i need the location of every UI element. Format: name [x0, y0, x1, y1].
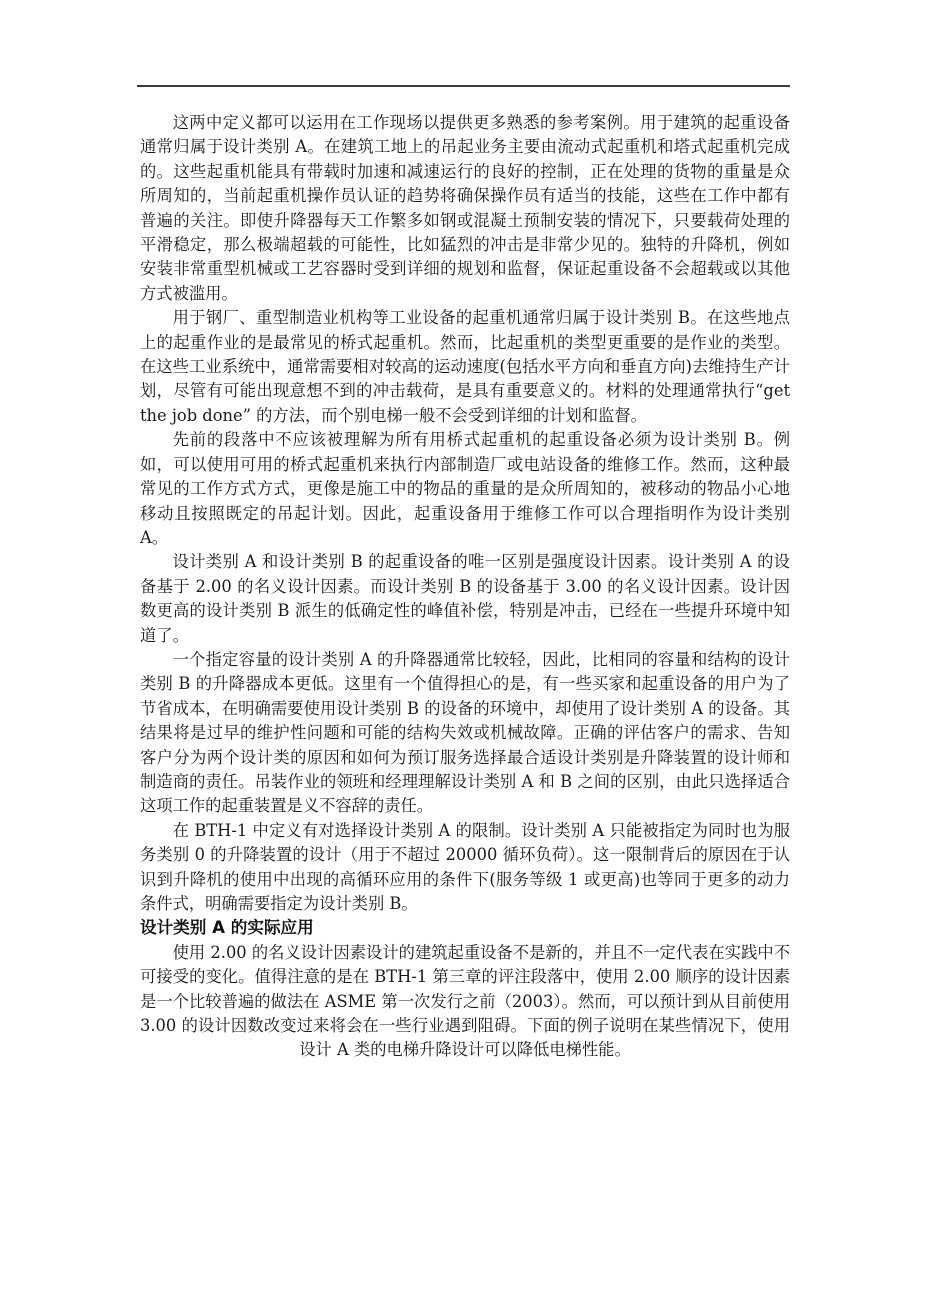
body-paragraph: 用于钢厂、重型制造业机构等工业设备的起重机通常归属于设计类别 B。在这些地点上的…	[140, 306, 790, 428]
body-paragraph: 在 BTH-1 中定义有对选择设计类别 A 的限制。设计类别 A 只能被指定为同…	[140, 819, 790, 917]
section-heading: 设计类别 A 的实际应用	[140, 916, 790, 940]
body-paragraph: 先前的段落中不应该被理解为所有用桥式起重机的起重设备必须为设计类别 B。例如，可…	[140, 428, 790, 550]
document-page: 这两中定义都可以运用在工作现场以提供更多熟悉的参考案例。用于建筑的起重设备通常归…	[0, 0, 926, 1309]
document-body: 这两中定义都可以运用在工作现场以提供更多熟悉的参考案例。用于建筑的起重设备通常归…	[140, 111, 790, 1063]
body-paragraph: 设计类别 A 和设计类别 B 的起重设备的唯一区别是强度设计因素。设计类别 A …	[140, 550, 790, 648]
header-divider-rule	[137, 85, 790, 87]
body-paragraph: 一个指定容量的设计类别 A 的升降器通常比较轻，因此，比相同的容量和结构的设计类…	[140, 648, 790, 819]
body-paragraph: 这两中定义都可以运用在工作现场以提供更多熟悉的参考案例。用于建筑的起重设备通常归…	[140, 111, 790, 306]
body-paragraph-final: 使用 2.00 的名义设计因素设计的建筑起重设备不是新的，并且不一定代表在实践中…	[140, 941, 790, 1063]
